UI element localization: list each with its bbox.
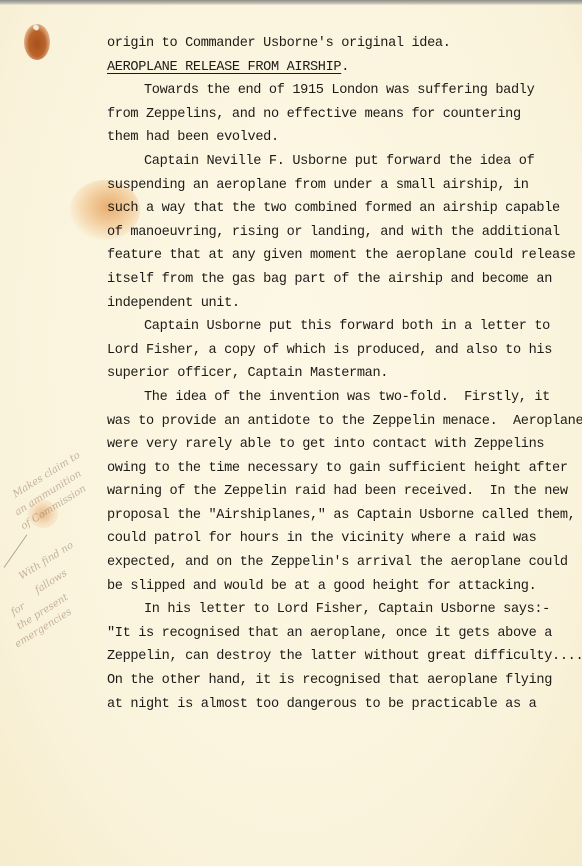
margin-note: for bbox=[9, 601, 27, 618]
text-line: feature that at any given moment the aer… bbox=[107, 244, 577, 268]
text-line: Towards the end of 1915 London was suffe… bbox=[107, 79, 577, 103]
text-line: itself from the gas bag part of the airs… bbox=[107, 268, 577, 292]
text-line: "It is recognised that an aeroplane, onc… bbox=[107, 622, 577, 646]
text-line: were very rarely able to get into contac… bbox=[107, 433, 577, 457]
scan-edge-band bbox=[0, 0, 582, 5]
text-line: The idea of the invention was two-fold. … bbox=[107, 386, 577, 410]
text-line: origin to Commander Usborne's original i… bbox=[107, 32, 577, 56]
text-line: them had been evolved. bbox=[107, 126, 577, 150]
text-line: independent unit. bbox=[107, 292, 577, 316]
margin-note: emergencies bbox=[13, 607, 74, 651]
margin-note: an ammunition bbox=[13, 468, 84, 518]
text-line: warning of the Zeppelin raid had been re… bbox=[107, 480, 577, 504]
text-line: of manoeuvring, rising or landing, and w… bbox=[107, 221, 577, 245]
text-line: was to provide an antidote to the Zeppel… bbox=[107, 410, 577, 434]
text-line: In his letter to Lord Fisher, Captain Us… bbox=[107, 598, 577, 622]
margin-note: fallows bbox=[33, 568, 69, 596]
text-line: superior officer, Captain Masterman. bbox=[107, 362, 577, 386]
text-line: such a way that the two combined formed … bbox=[107, 197, 577, 221]
section-heading-text: AEROPLANE RELEASE FROM AIRSHIP bbox=[107, 60, 341, 75]
text-line: suspending an aeroplane from under a sma… bbox=[107, 174, 577, 198]
typed-text-body: origin to Commander Usborne's original i… bbox=[107, 32, 577, 716]
margin-note: With find no bbox=[17, 540, 75, 582]
rust-stain bbox=[24, 24, 50, 60]
pencil-stroke bbox=[4, 534, 28, 567]
text-line: from Zeppelins, and no effective means f… bbox=[107, 103, 577, 127]
text-line: Lord Fisher, a copy of which is produced… bbox=[107, 339, 577, 363]
document-page: Makes claim to an ammunition of Commissi… bbox=[0, 0, 582, 866]
text-line: proposal the "Airshiplanes," as Captain … bbox=[107, 504, 577, 528]
text-line: Zeppelin, can destroy the latter without… bbox=[107, 645, 577, 669]
text-line: owing to the time necessary to gain suff… bbox=[107, 457, 577, 481]
text-line: be slipped and would be at a good height… bbox=[107, 575, 577, 599]
margin-note: the present bbox=[15, 592, 70, 632]
text-line: On the other hand, it is recognised that… bbox=[107, 669, 577, 693]
margin-note: of Commission bbox=[19, 483, 88, 532]
handwritten-margin-notes: Makes claim to an ammunition of Commissi… bbox=[0, 450, 110, 680]
margin-note: Makes claim to bbox=[11, 450, 82, 500]
text-line: Captain Usborne put this forward both in… bbox=[107, 315, 577, 339]
text-line: expected, and on the Zeppelin's arrival … bbox=[107, 551, 577, 575]
text-line: could patrol for hours in the vicinity w… bbox=[107, 527, 577, 551]
rust-stain-highlight bbox=[32, 24, 40, 32]
foxing-stain-small bbox=[28, 500, 58, 528]
section-heading: AEROPLANE RELEASE FROM AIRSHIP. bbox=[107, 56, 577, 80]
text-line: at night is almost too dangerous to be p… bbox=[107, 693, 577, 717]
text-line: Captain Neville F. Usborne put forward t… bbox=[107, 150, 577, 174]
